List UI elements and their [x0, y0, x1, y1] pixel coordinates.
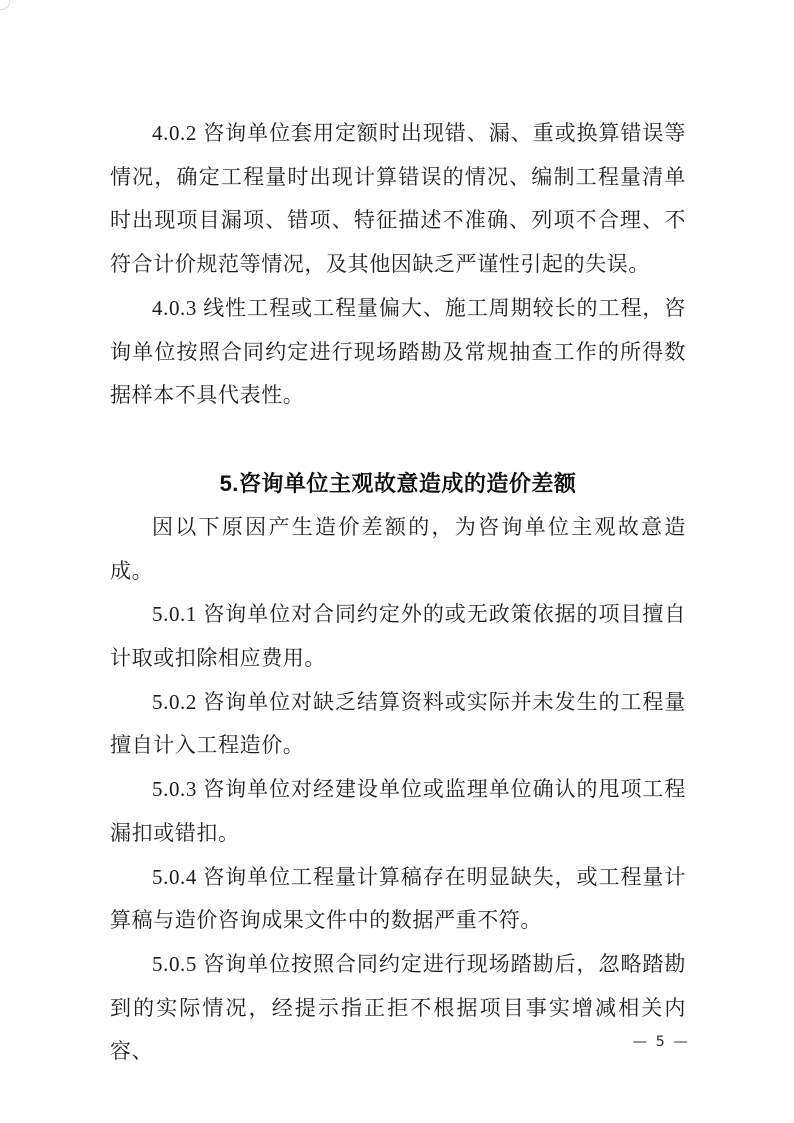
page-number: — 5 —: [633, 1034, 690, 1050]
paragraph-4-0-2: 4.0.2 咨询单位套用定额时出现错、漏、重或换算错误等情况，确定工程量时出现计…: [110, 112, 686, 287]
page-footer: — 5 —: [633, 1033, 690, 1051]
document-page: 4.0.2 咨询单位套用定额时出现错、漏、重或换算错误等情况，确定工程量时出现计…: [0, 0, 794, 1123]
section-5-intro: 因以下原因产生造价差额的，为咨询单位主观故意造成。: [110, 506, 686, 593]
paragraph-5-0-2: 5.0.2 咨询单位对缺乏结算资料或实际并未发生的工程量擅自计入工程造价。: [110, 681, 686, 768]
paragraph-5-0-1: 5.0.1 咨询单位对合同约定外的或无政策依据的项目擅自计取或扣除相应费用。: [110, 593, 686, 680]
page-content: 4.0.2 咨询单位套用定额时出现错、漏、重或换算错误等情况，确定工程量时出现计…: [110, 112, 686, 1074]
paragraph-5-0-3: 5.0.3 咨询单位对经建设单位或监理单位确认的甩项工程漏扣或错扣。: [110, 768, 686, 855]
section-5-heading: 5.咨询单位主观故意造成的造价差额: [110, 462, 686, 506]
scan-artifact: [0, 0, 10, 10]
paragraph-5-0-5: 5.0.5 咨询单位按照合同约定进行现场踏勘后，忽略踏勘到的实际情况，经提示指正…: [110, 943, 686, 1074]
paragraph-4-0-3: 4.0.3 线性工程或工程量偏大、施工周期较长的工程，咨询单位按照合同约定进行现…: [110, 287, 686, 418]
paragraph-5-0-4: 5.0.4 咨询单位工程量计算稿存在明显缺失，或工程量计算稿与造价咨询成果文件中…: [110, 856, 686, 943]
